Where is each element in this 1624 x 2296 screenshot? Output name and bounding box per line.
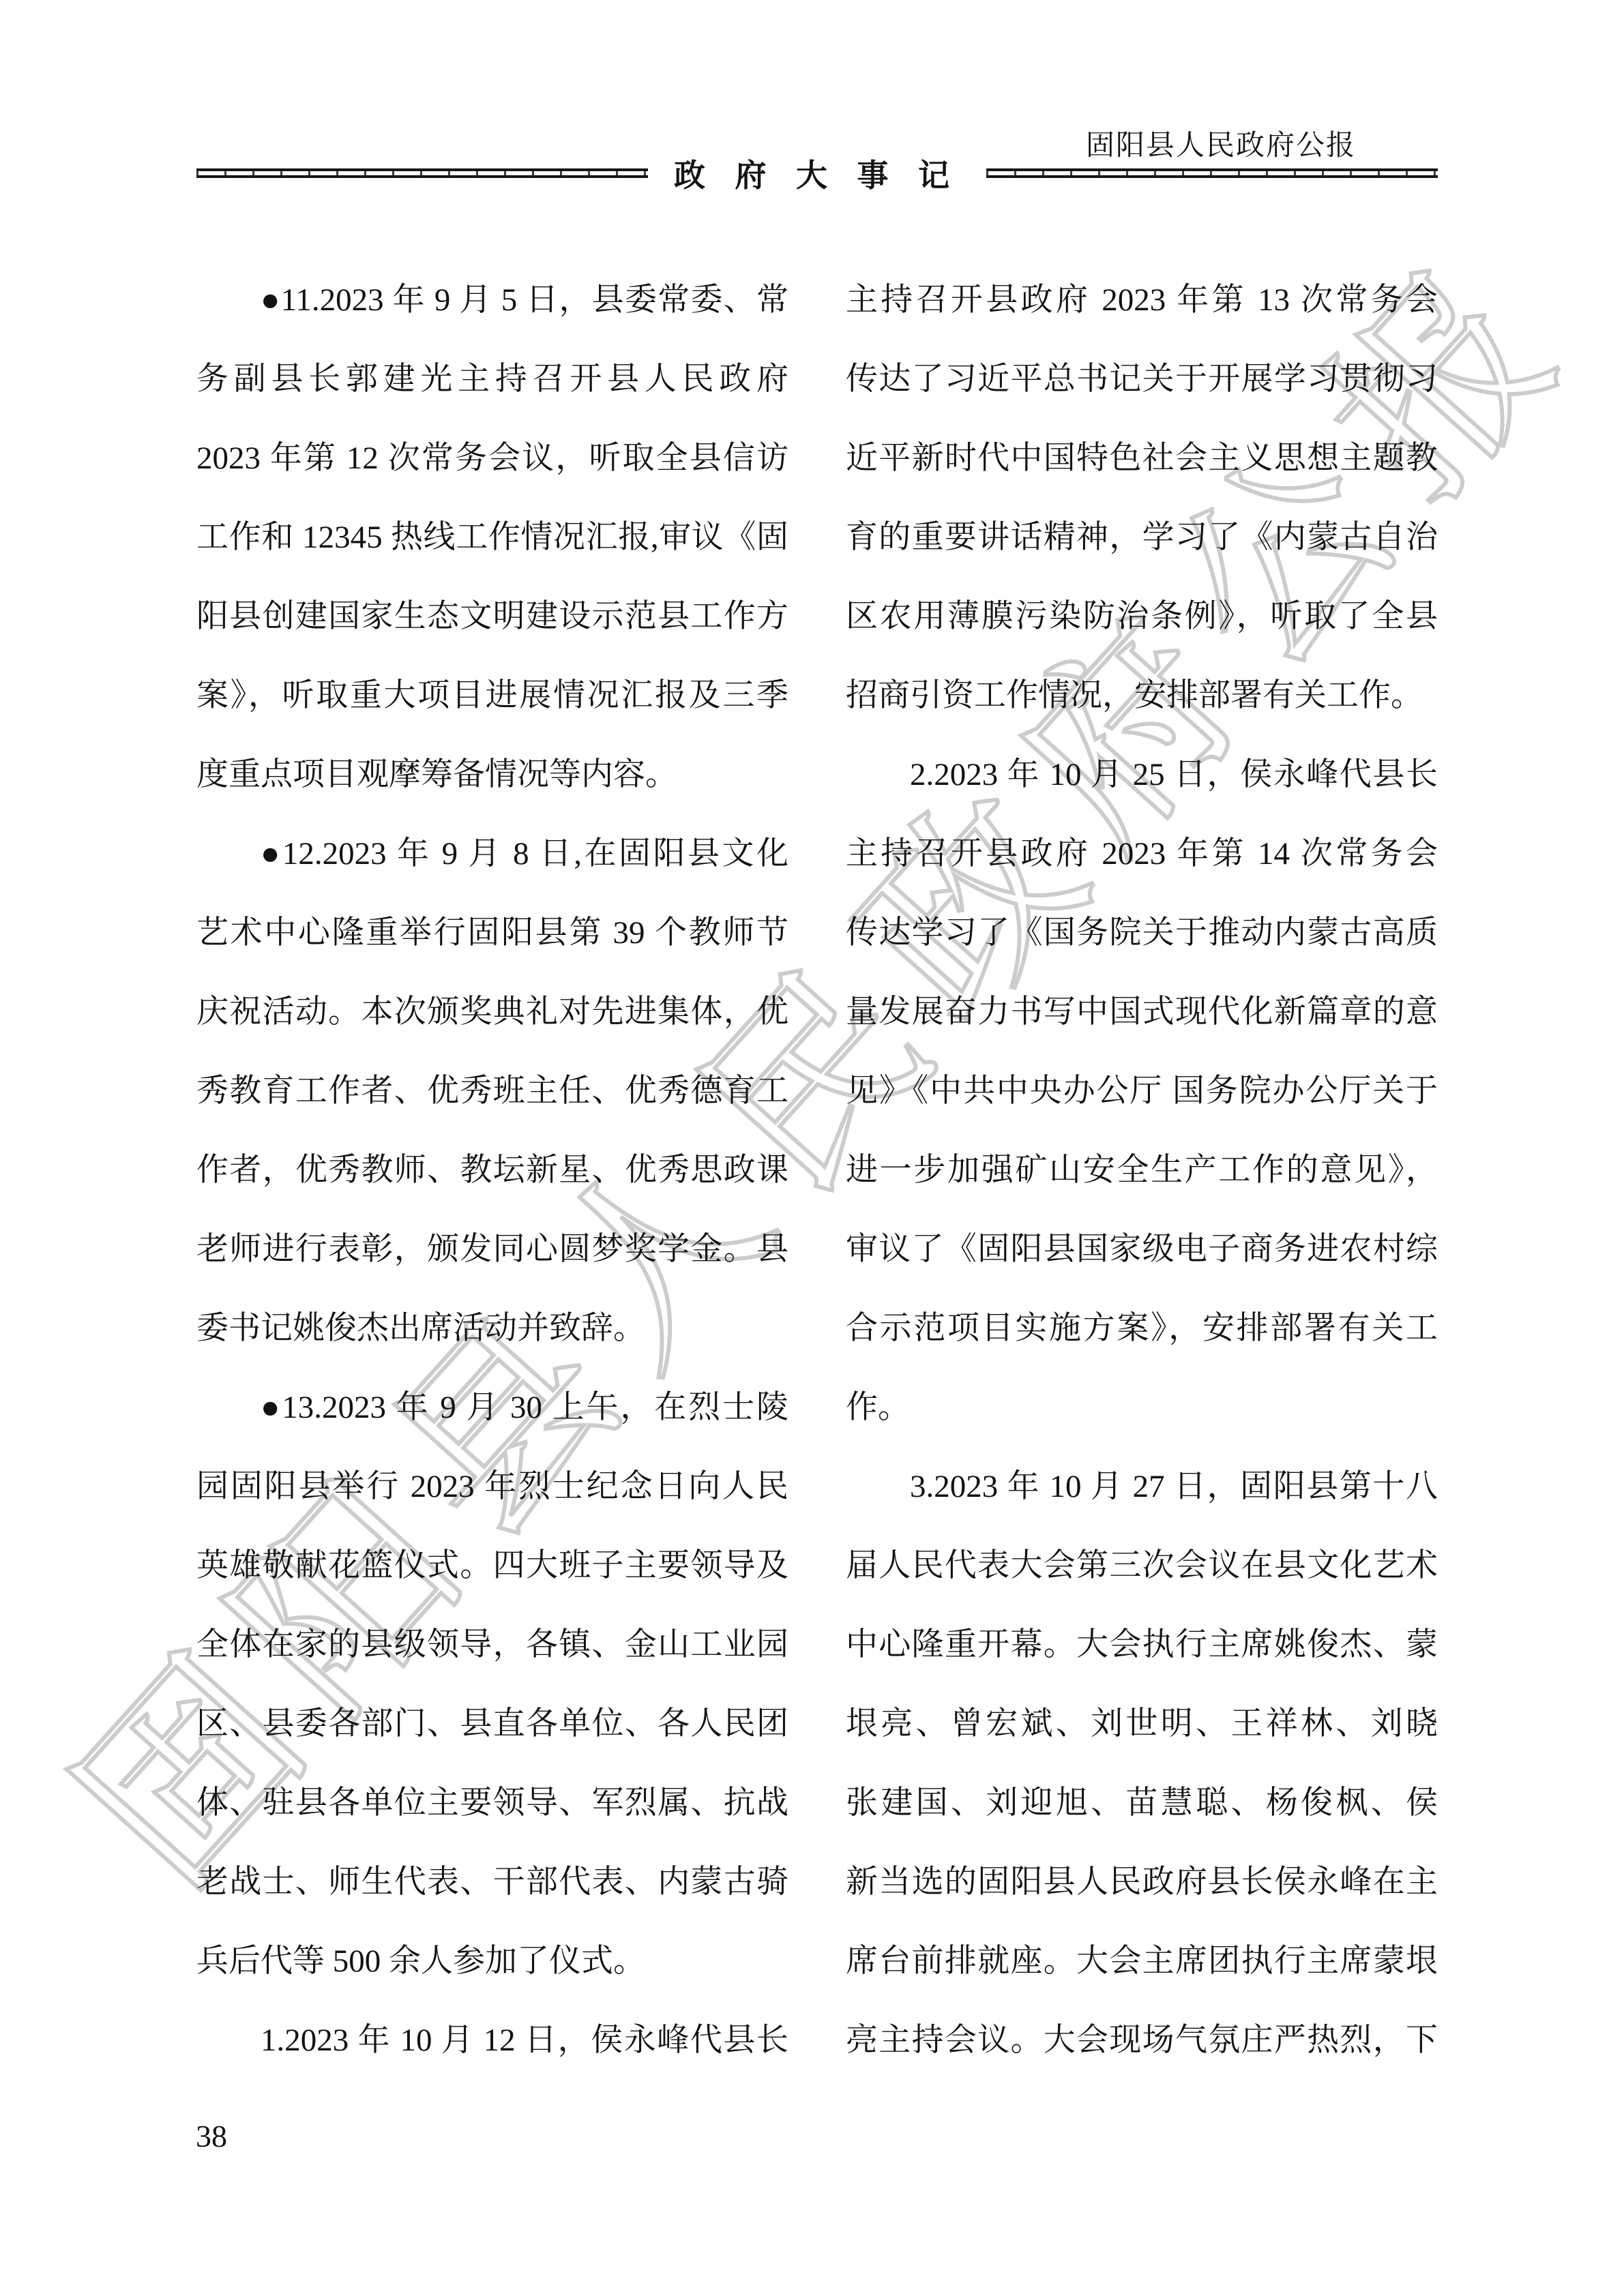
text-line: 3.2023 年 10 月 27 日，固阳县第十八 — [846, 1447, 1438, 1526]
text-line: 中心隆重开幕。大会执行主席姚俊杰、蒙 — [846, 1605, 1438, 1684]
right-column: 主持召开县政府 2023 年第 13 次常务会议，传达了习近平总书记关于开展学习… — [846, 260, 1438, 2080]
text-line: 传达学习了《国务院关于推动内蒙古高质 — [846, 893, 1438, 972]
text-line: 合示范项目实施方案》，安排部署有关工 — [846, 1289, 1438, 1368]
text-line: ●12.2023 年 9 月 8 日,在固阳县文化 — [196, 814, 788, 893]
text-line: 席台前排就座。大会主席团执行主席蒙垠 — [846, 1922, 1438, 2001]
section-title: 政 府 大 事 记 — [674, 151, 960, 196]
text-line: 园固阳县举行 2023 年烈士纪念日向人民 — [196, 1447, 788, 1526]
body-columns: ●11.2023 年 9 月 5 日，县委常委、常务副县长郭建光主持召开县人民政… — [196, 260, 1438, 2080]
text-line: 作者，优秀教师、教坛新星、优秀思政课 — [196, 1131, 788, 1210]
text-line: 庆祝活动。本次颁奖典礼对先进集体，优 — [196, 972, 788, 1052]
text-line: 届人民代表大会第三次会议在县文化艺术 — [846, 1526, 1438, 1605]
text-line: 2.2023 年 10 月 25 日，侯永峰代县长 — [846, 735, 1438, 814]
text-line: 传达了习近平总书记关于开展学习贯彻习 — [846, 340, 1438, 419]
text-line: 主持召开县政府 2023 年第 14 次常务会议， — [846, 814, 1438, 893]
text-line: 2023 年第 12 次常务会议，听取全县信访 — [196, 419, 788, 498]
text-line: 张建国、刘迎旭、苗慧聪、杨俊枫、侯军， — [846, 1763, 1438, 1843]
text-line: 区农用薄膜污染防治条例》，听取了全县 — [846, 577, 1438, 656]
text-line: 招商引资工作情况，安排部署有关工作。 — [846, 656, 1438, 735]
text-line: 全体在家的县级领导，各镇、金山工业园 — [196, 1605, 788, 1684]
text-line: 案》，听取重大项目进展情况汇报及三季 — [196, 656, 788, 735]
text-line: 量发展奋力书写中国式现代化新篇章的意 — [846, 972, 1438, 1052]
header-rule-right — [986, 168, 1438, 178]
text-line: 审议了《固阳县国家级电子商务进农村综 — [846, 1210, 1438, 1289]
text-line: 工作和 12345 热线工作情况汇报,审议《固 — [196, 498, 788, 577]
text-line: 1.2023 年 10 月 12 日，侯永峰代县长 — [196, 2001, 788, 2080]
text-line: 亮主持会议。大会现场气氛庄严热烈，下 — [846, 2001, 1438, 2080]
text-line: 秀教育工作者、优秀班主任、优秀德育工 — [196, 1052, 788, 1131]
text-line: 进一步加强矿山安全生产工作的意见》， — [846, 1131, 1438, 1210]
text-line: 新当选的固阳县人民政府县长侯永峰在主 — [846, 1843, 1438, 1922]
text-line: 务副县长郭建光主持召开县人民政府 — [196, 340, 788, 419]
text-line: 主持召开县政府 2023 年第 13 次常务会议， — [846, 260, 1438, 340]
text-line: ●13.2023 年 9 月 30 上午，在烈士陵 — [196, 1368, 788, 1447]
text-line: 阳县创建国家生态文明建设示范县工作方 — [196, 577, 788, 656]
text-line: 区、县委各部门、县直各单位、各人民团 — [196, 1684, 788, 1763]
text-line: 老师进行表彰，颁发同心圆梦奖学金。县 — [196, 1210, 788, 1289]
text-line: 垠亮、曾宏斌、刘世明、王祥林、刘晓敏、 — [846, 1684, 1438, 1763]
text-line: 育的重要讲话精神，学习了《内蒙古自治 — [846, 498, 1438, 577]
left-column: ●11.2023 年 9 月 5 日，县委常委、常务副县长郭建光主持召开县人民政… — [196, 260, 788, 2080]
text-line: 作。 — [846, 1368, 1438, 1447]
text-line: 见》《中共中央办公厅 国务院办公厅关于 — [846, 1052, 1438, 1131]
header-rule-left — [196, 168, 648, 178]
document-page: 固阳县人民政府公报 固阳县人民政府公报 政 府 大 事 记 ●11.2023 年… — [0, 0, 1624, 2296]
text-line: ●11.2023 年 9 月 5 日，县委常委、常 — [196, 260, 788, 340]
header-rule-row: 政 府 大 事 记 — [196, 155, 1438, 191]
text-line: 英雄敬献花篮仪式。四大班子主要领导及 — [196, 1526, 788, 1605]
text-line: 近平新时代中国特色社会主义思想主题教 — [846, 419, 1438, 498]
text-line: 老战士、师生代表、干部代表、内蒙古骑 — [196, 1843, 788, 1922]
text-line: 艺术中心隆重举行固阳县第 39 个教师节 — [196, 893, 788, 972]
text-line: 度重点项目观摩筹备情况等内容。 — [196, 735, 788, 814]
page-number: 38 — [196, 2118, 227, 2154]
text-line: 兵后代等 500 余人参加了仪式。 — [196, 1922, 788, 2001]
text-line: 体、驻县各单位主要领导、军烈属、抗战 — [196, 1763, 788, 1843]
text-line: 委书记姚俊杰出席活动并致辞。 — [196, 1289, 788, 1368]
